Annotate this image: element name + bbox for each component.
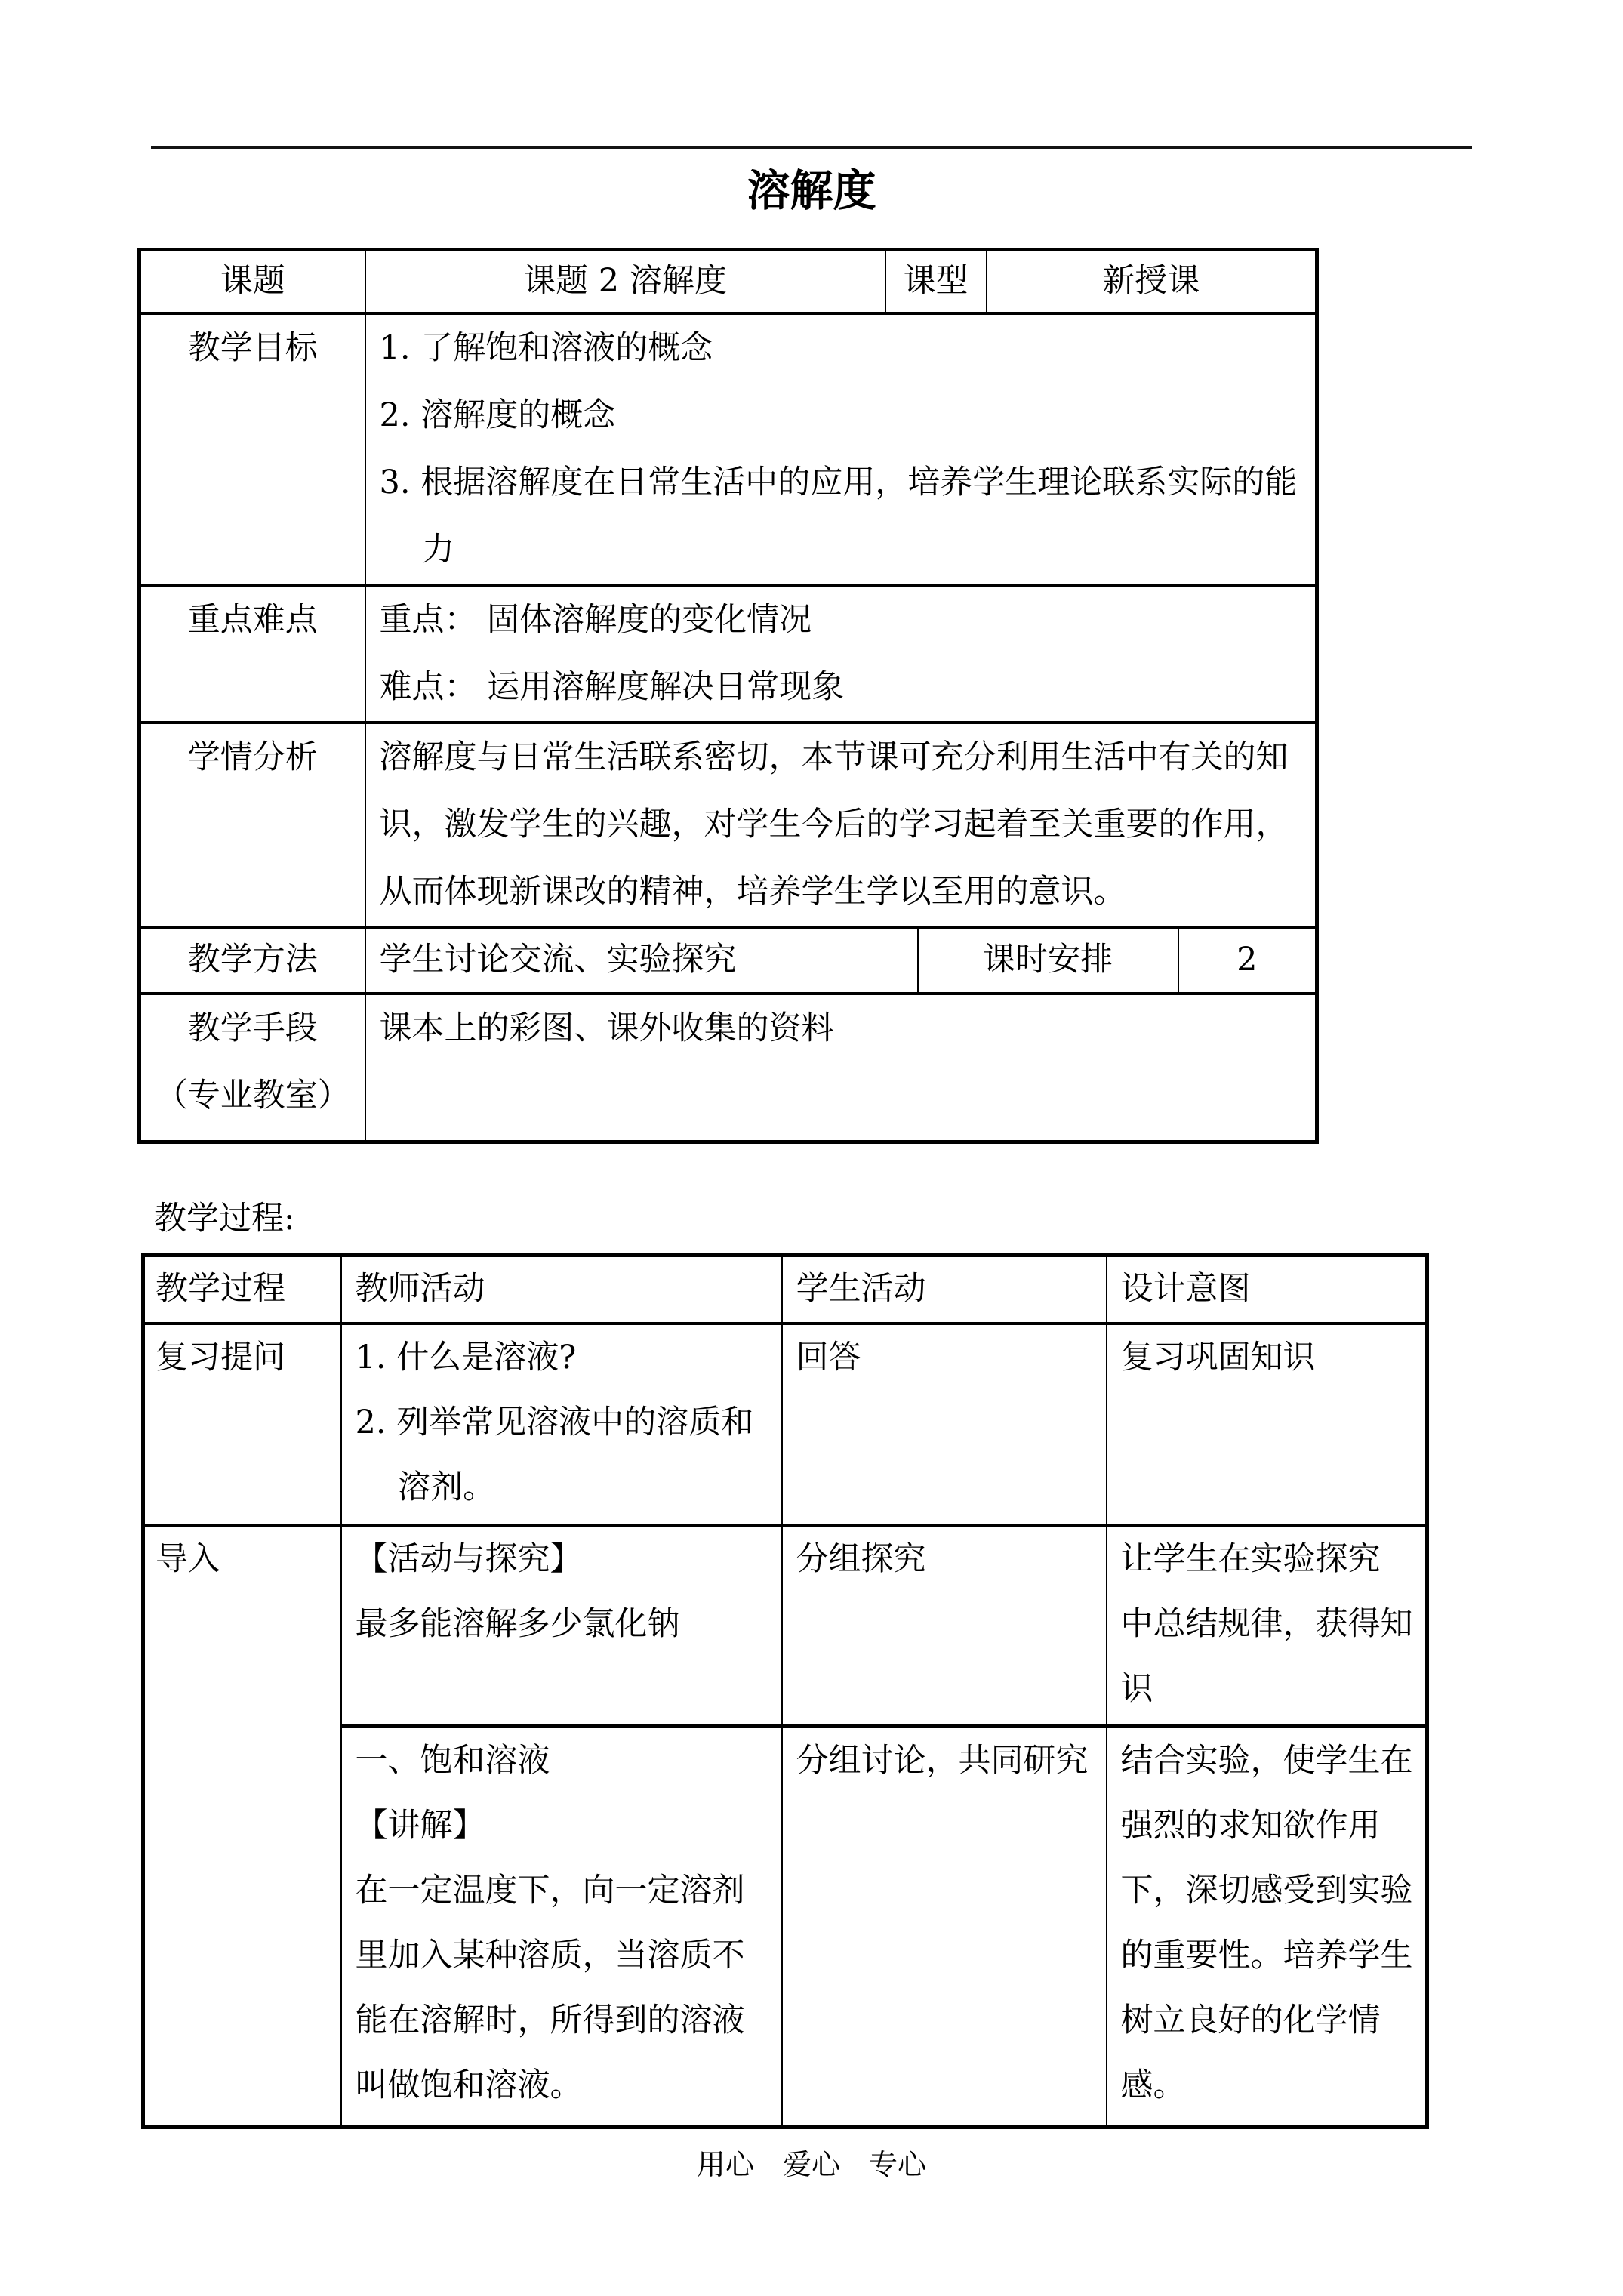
means-value: 课本上的彩图、课外收集的资料: [365, 994, 1317, 1142]
analysis-label: 学情分析: [140, 723, 365, 927]
subject-label: 课题: [140, 250, 365, 313]
class-hours-label: 课时安排: [918, 927, 1178, 994]
table-row: 导入 【活动与探究】 最多能溶解多少氯化钠 分组探究 让学生在实验探究 中总结规…: [143, 1525, 1427, 1726]
document-page: { "doc": { "title": "溶解度", "process_head…: [0, 0, 1623, 2296]
method-label: 教学方法: [140, 927, 365, 994]
page-title: 溶解度: [151, 162, 1472, 220]
subject-value: 课题 2 溶解度: [365, 250, 885, 313]
intro-design-intent-2: 结合实验，使学生在 强烈的求知欲作用 下，深切感受到实验 的重要性。培养学生 树…: [1107, 1726, 1427, 2128]
table-row: 课题 课题 2 溶解度 课型 新授课: [140, 250, 1317, 313]
means-label: 教学手段 （专业教室）: [140, 994, 365, 1142]
column-header-teacher: 教师活动: [341, 1256, 782, 1324]
intro-design-intent-1: 让学生在实验探究 中总结规律，获得知 识: [1107, 1525, 1427, 1726]
objectives-value: 1. 了解饱和溶液的概念 2. 溶解度的概念 3. 根据溶解度在日常生活中的应用…: [365, 313, 1317, 585]
table-row: 学情分析 溶解度与日常生活联系密切，本节课可充分利用生活中有关的知 识，激发学生…: [140, 723, 1317, 927]
table-row: 教学手段 （专业教室） 课本上的彩图、课外收集的资料: [140, 994, 1317, 1142]
teaching-process-table: 教学过程 教师活动 学生活动 设计意图 复习提问 1. 什么是溶液? 2. 列举…: [141, 1253, 1429, 2129]
objectives-label: 教学目标: [140, 313, 365, 585]
review-student-activity: 回答: [782, 1324, 1107, 1525]
process-section-heading: 教学过程:: [154, 1200, 295, 1237]
table-row: 教学目标 1. 了解饱和溶液的概念 2. 溶解度的概念 3. 根据溶解度在日常生…: [140, 313, 1317, 585]
course-type-label: 课型: [885, 250, 987, 313]
column-header-intent: 设计意图: [1107, 1256, 1427, 1324]
review-design-intent: 复习巩固知识: [1107, 1324, 1427, 1525]
table-row: 复习提问 1. 什么是溶液? 2. 列举常见溶液中的溶质和 溶剂。 回答 复习巩…: [143, 1324, 1427, 1525]
review-stage: 复习提问: [143, 1324, 341, 1525]
table-header-row: 教学过程 教师活动 学生活动 设计意图: [143, 1256, 1427, 1324]
table-row: 重点难点 重点： 固体溶解度的变化情况 难点： 运用溶解度解决日常现象: [140, 585, 1317, 723]
focus-label: 重点难点: [140, 585, 365, 723]
intro-teacher-activity-1: 【活动与探究】 最多能溶解多少氯化钠: [341, 1525, 782, 1726]
review-teacher-activity: 1. 什么是溶液? 2. 列举常见溶液中的溶质和 溶剂。: [341, 1324, 782, 1525]
top-divider-rule: [151, 146, 1472, 149]
course-type-value: 新授课: [987, 250, 1317, 313]
intro-teacher-activity-2: 一、饱和溶液 【讲解】 在一定温度下，向一定溶剂 里加入某种溶质，当溶质不 能在…: [341, 1726, 782, 2128]
page-footer-motto: 用心 爱心 专心: [151, 2148, 1472, 2181]
focus-value: 重点： 固体溶解度的变化情况 难点： 运用溶解度解决日常现象: [365, 585, 1317, 723]
analysis-value: 溶解度与日常生活联系密切，本节课可充分利用生活中有关的知 识，激发学生的兴趣，对…: [365, 723, 1317, 927]
method-value: 学生讨论交流、实验探究: [365, 927, 918, 994]
column-header-stage: 教学过程: [143, 1256, 341, 1324]
column-header-student: 学生活动: [782, 1256, 1107, 1324]
intro-student-activity-1: 分组探究: [782, 1525, 1107, 1726]
class-hours-value: 2: [1178, 927, 1317, 994]
intro-student-activity-2: 分组讨论，共同研究: [782, 1726, 1107, 2128]
lesson-info-table: 课题 课题 2 溶解度 课型 新授课 教学目标 1. 了解饱和溶液的概念 2. …: [137, 248, 1319, 1144]
table-row: 教学方法 学生讨论交流、实验探究 课时安排 2: [140, 927, 1317, 994]
intro-stage: 导入: [143, 1525, 341, 2128]
